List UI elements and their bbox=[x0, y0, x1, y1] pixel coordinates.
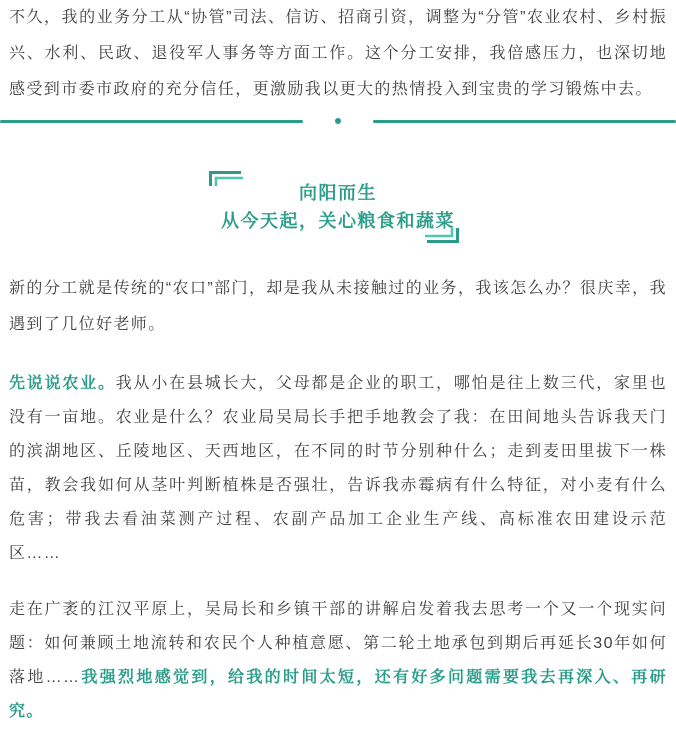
paragraph-4-tail-emphasis: 我强烈地感觉到，给我的时间太短，还有好多问题需要我去再深入、再研究。 bbox=[9, 669, 667, 720]
divider-dot-icon bbox=[335, 118, 341, 124]
paragraph-3-lead-emphasis: 先说说农业。 bbox=[9, 375, 116, 392]
paragraph-2: 新的分工就是传统的“农口”部门，却是我从未接触过的业务，我该怎么办？很庆幸，我遇… bbox=[9, 271, 667, 343]
paragraph-3-text: 我从小在县城长大，父母都是企业的职工，哪怕是往上数三代，家里也没有一亩地。农业是… bbox=[9, 375, 667, 562]
divider-line-left bbox=[0, 120, 303, 123]
article-page: 不久，我的业务分工从“协管”司法、信访、招商引资，调整为“分管”农业农村、乡村振… bbox=[0, 0, 676, 754]
paragraph-1: 不久，我的业务分工从“协管”司法、信访、招商引资，调整为“分管”农业农村、乡村振… bbox=[9, 0, 667, 108]
corner-bracket-top-left-icon bbox=[209, 171, 243, 186]
corner-bracket-bottom-right-icon bbox=[425, 228, 459, 243]
paragraph-3: 先说说农业。我从小在县城长大，父母都是企业的职工，哪怕是往上数三代，家里也没有一… bbox=[9, 367, 667, 571]
section-title: 向阳而生 从今天起，关心粮食和蔬菜 bbox=[221, 179, 455, 235]
section-divider bbox=[0, 117, 676, 125]
divider-line-right bbox=[373, 120, 676, 123]
section-title-line1: 向阳而生 bbox=[221, 179, 455, 207]
paragraph-4: 走在广袤的江汉平原上，吴局长和乡镇干部的讲解启发着我去思考一个又一个现实问题：如… bbox=[9, 593, 667, 729]
section-title-line2: 从今天起，关心粮食和蔬菜 bbox=[221, 207, 455, 235]
